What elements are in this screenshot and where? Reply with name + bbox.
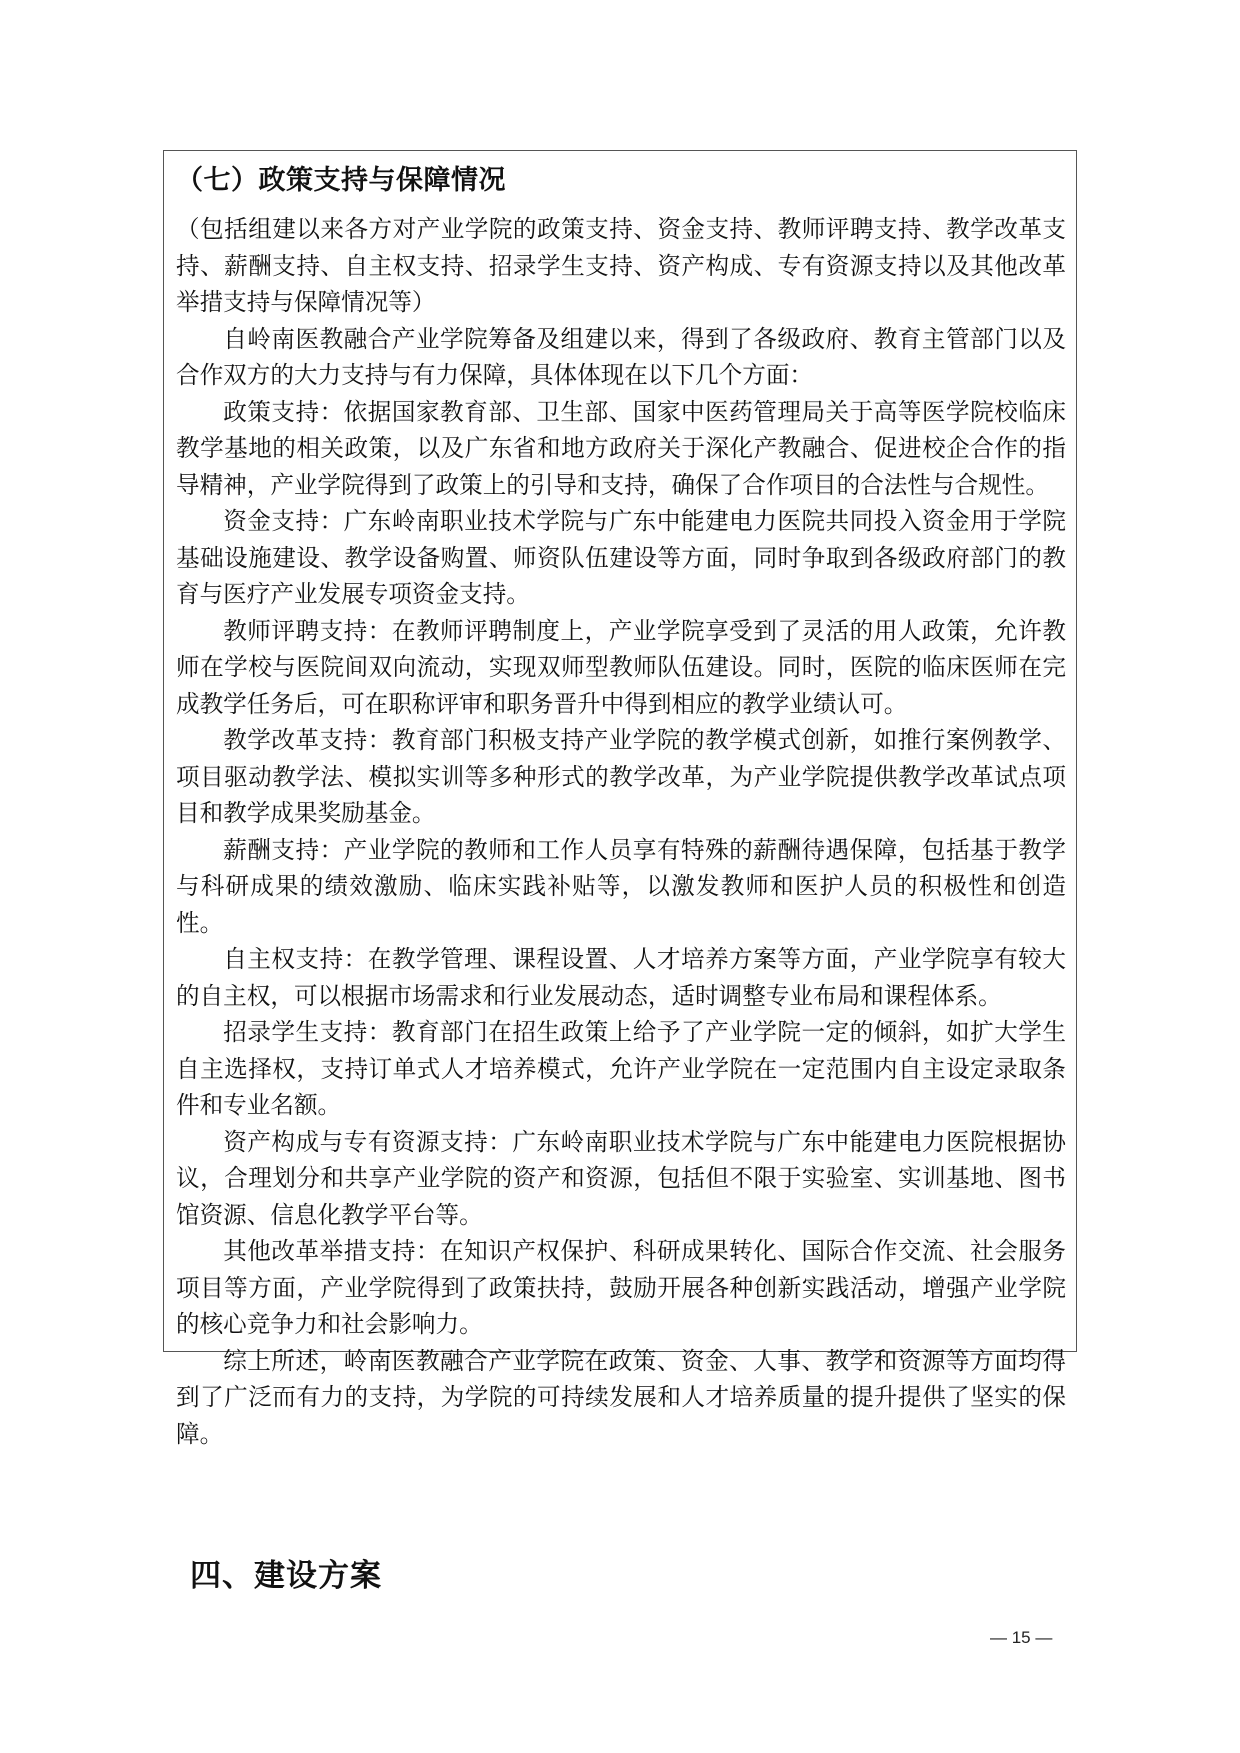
paragraph-intro: 自岭南医教融合产业学院筹备及组建以来，得到了各级政府、教育主管部门以及合作双方的…	[176, 321, 1066, 394]
section-title: （七）政策支持与保障情况	[176, 161, 506, 201]
paragraph-autonomy-support: 自主权支持：在教学管理、课程设置、人才培养方案等方面，产业学院享有较大的自主权，…	[176, 941, 1066, 1014]
paragraph-teaching-reform-support: 教学改革支持：教育部门积极支持产业学院的教学模式创新，如推行案例教学、项目驱动教…	[176, 722, 1066, 832]
paragraph-enrollment-support: 招录学生支持：教育部门在招生政策上给予了产业学院一定的倾斜，如扩大学生自主选择权…	[176, 1014, 1066, 1124]
chapter-heading: 四、建设方案	[190, 1550, 382, 1595]
paragraph-policy-support: 政策支持：依据国家教育部、卫生部、国家中医药管理局关于高等医学院校临床教学基地的…	[176, 394, 1066, 504]
paragraph-teacher-hiring-support: 教师评聘支持：在教师评聘制度上，产业学院享受到了灵活的用人政策，允许教师在学校与…	[176, 613, 1066, 723]
paragraph-funding-support: 资金支持：广东岭南职业技术学院与广东中能建电力医院共同投入资金用于学院基础设施建…	[176, 503, 1066, 613]
page-number: — 15 —	[990, 1628, 1052, 1648]
paragraph-assets-resources-support: 资产构成与专有资源支持：广东岭南职业技术学院与广东中能建电力医院根据协议，合理划…	[176, 1124, 1066, 1234]
paragraph-other-reform-support: 其他改革举措支持：在知识产权保护、科研成果转化、国际合作交流、社会服务项目等方面…	[176, 1233, 1066, 1343]
section-content: （包括组建以来各方对产业学院的政策支持、资金支持、教师评聘支持、教学改革支持、薪…	[176, 211, 1066, 1452]
paragraph-salary-support: 薪酬支持：产业学院的教师和工作人员享有特殊的薪酬待遇保障，包括基于教学与科研成果…	[176, 832, 1066, 942]
policy-support-section-box: （七）政策支持与保障情况 （包括组建以来各方对产业学院的政策支持、资金支持、教师…	[163, 150, 1077, 1352]
paragraph-summary: 综上所述，岭南医教融合产业学院在政策、资金、人事、教学和资源等方面均得到了广泛而…	[176, 1343, 1066, 1453]
instruction-note: （包括组建以来各方对产业学院的政策支持、资金支持、教师评聘支持、教学改革支持、薪…	[176, 211, 1066, 321]
